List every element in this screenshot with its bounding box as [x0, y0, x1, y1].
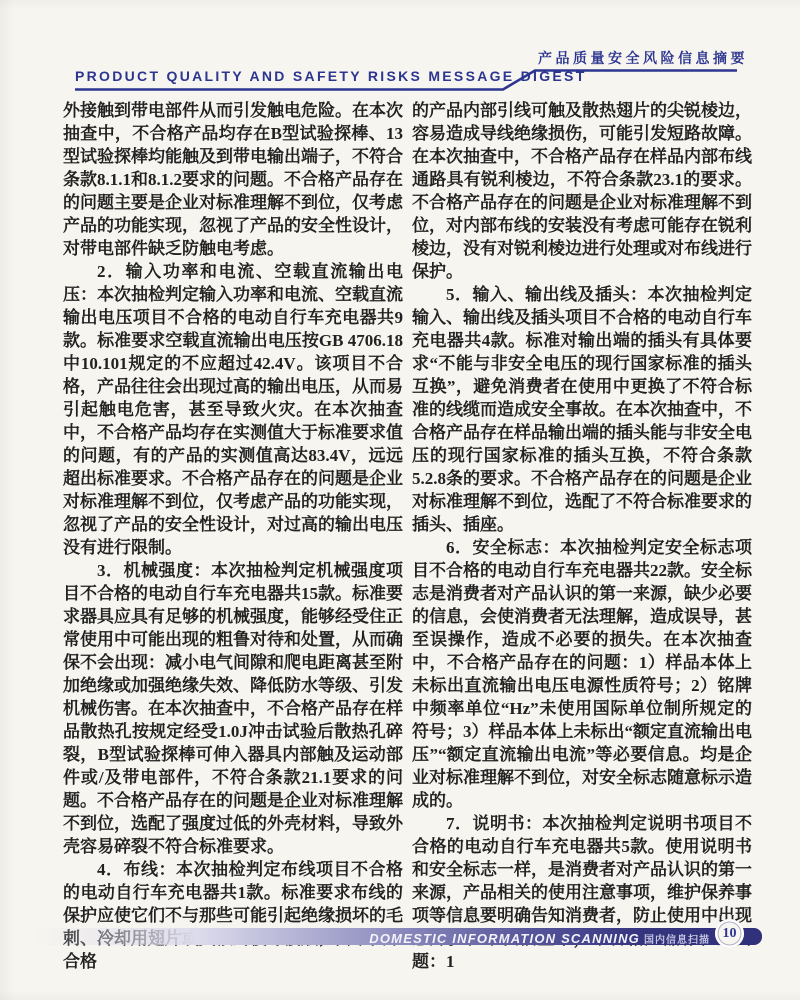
- page-number-badge: 10: [715, 919, 744, 948]
- body-paragraph: 外接触到带电部件从而引发触电危险。在本次抽查中，不合格产品均存在B型试验探棒、1…: [63, 99, 403, 260]
- footer-caption: DOMESTIC INFORMATION SCANNING 国内信息扫描: [36, 930, 710, 948]
- body-paragraph: 5．输入、输出线及插头：本次抽检判定输入、输出线及插头项目不合格的电动自行车充电…: [412, 283, 752, 536]
- left-text-column: 外接触到带电部件从而引发触电危险。在本次抽查中，不合格产品均存在B型试验探棒、1…: [63, 99, 403, 973]
- body-paragraph: 的产品内部引线可触及散热翅片的尖锐棱边，容易造成导线绝缘损伤，可能引发短路故障。…: [412, 99, 752, 283]
- body-paragraph: 3．机械强度：本次抽检判定机械强度项目不合格的电动自行车充电器共15款。标准要求…: [63, 559, 403, 858]
- footer-label-chinese: 国内信息扫描: [644, 935, 710, 946]
- right-text-column: 的产品内部引线可触及散热翅片的尖锐棱边，容易造成导线绝缘损伤，可能引发短路故障。…: [412, 99, 752, 973]
- body-paragraph: 7．说明书：本次抽检判定说明书项目不合格的电动自行车充电器共5款。使用说明书和安…: [412, 812, 752, 973]
- body-paragraph: 6．安全标志：本次抽检判定安全标志项目不合格的电动自行车充电器共22款。安全标志…: [412, 536, 752, 812]
- footer-label-english: DOMESTIC INFORMATION SCANNING: [369, 931, 640, 946]
- body-paragraph: 2．输入功率和电流、空载直流输出电压：本次抽检判定输入功率和电流、空载直流输出电…: [63, 260, 403, 559]
- scanned-document-page: PRODUCT QUALITY AND SAFETY RISKS MESSAGE…: [0, 0, 800, 1000]
- header-underline-rule: [0, 0, 800, 100]
- body-paragraph: 4．布线：本次抽检判定布线项目不合格的电动自行车充电器共1款。标准要求布线的保护…: [63, 858, 403, 973]
